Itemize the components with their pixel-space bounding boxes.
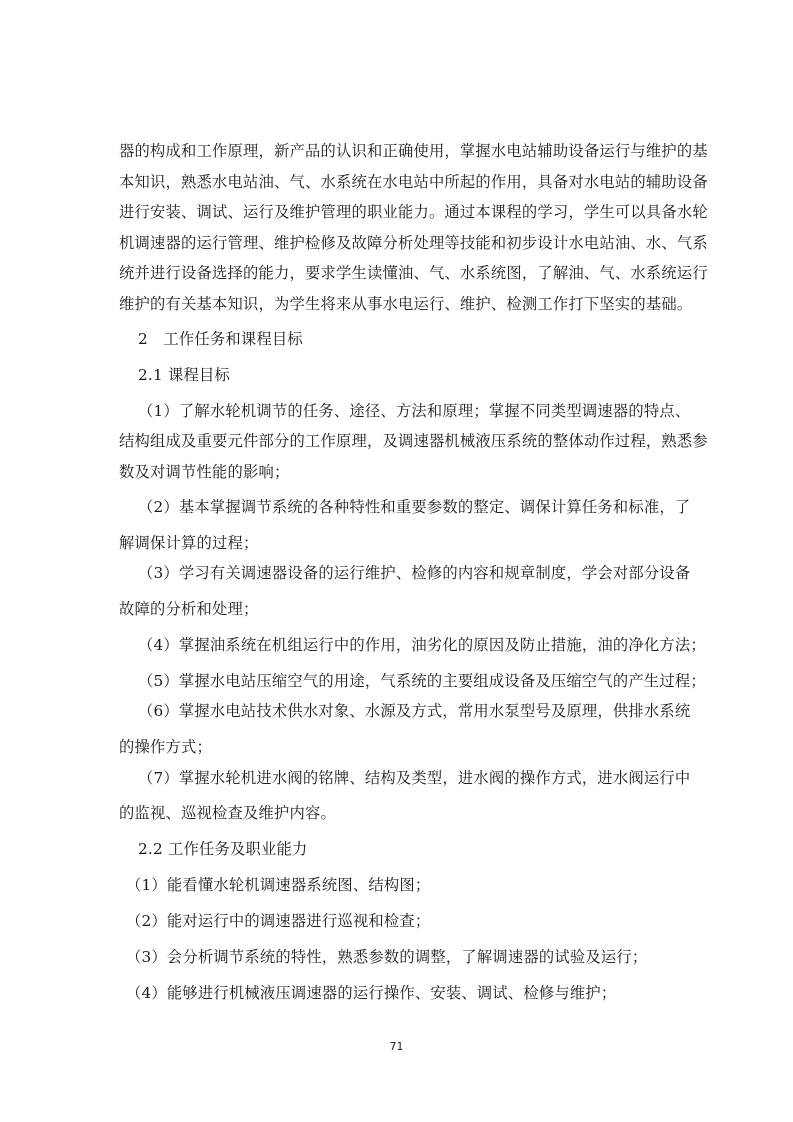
paragraph-line: 本知识，熟悉水电站油、气、水系统在水电站中所起的作用，具备对水电站的辅助设备 <box>119 172 679 192</box>
paragraph-line: 维护的有关基本知识，为学生将来从事水电运行、维护、检测工作打下坚实的基础。 <box>119 294 679 314</box>
ability-item: （1）能看懂水轮机调速器系统图、结构图； <box>126 875 679 895</box>
goal-item-5-line: （5）掌握水电站压缩空气的用途，气系统的主要组成设备及压缩空气的产生过程； <box>138 671 679 691</box>
subsection-heading: 2.1 课程目标 <box>138 365 679 385</box>
ability-item: （4）能够进行机械液压调速器的运行操作、安装、调试、检修与维护； <box>126 983 679 1003</box>
section-heading: 2 工作任务和课程目标 <box>138 329 679 349</box>
goal-item-2-line: （2）基本掌握调节系统的各种特性和重要参数的整定、调保计算任务和标准，了 <box>138 497 679 517</box>
goal-item-4-line: （4）掌握油系统在机组运行中的作用，油劣化的原因及防止措施，油的净化方法； <box>138 635 679 655</box>
goal-item-6-line: 的操作方式； <box>119 737 679 757</box>
page-number: 71 <box>0 1040 793 1053</box>
paragraph-line: 机调速器的运行管理、维护检修及故障分析处理等技能和初步设计水电站油、水、气系 <box>119 233 679 253</box>
paragraph-line: 进行安装、调试、运行及维护管理的职业能力。通过本课程的学习，学生可以具备水轮 <box>119 202 679 222</box>
goal-item-3-line: （3）学习有关调速器设备的运行维护、检修的内容和规章制度，学会对部分设备 <box>138 563 679 583</box>
paragraph-line: 统并进行设备选择的能力，要求学生读懂油、气、水系统图，了解油、气、水系统运行 <box>119 263 679 283</box>
document-page: 器的构成和工作原理，新产品的认识和正确使用，掌握水电站辅助设备运行与维护的基 本… <box>0 0 793 1122</box>
paragraph-line: 器的构成和工作原理，新产品的认识和正确使用，掌握水电站辅助设备运行与维护的基 <box>119 141 679 161</box>
subsection-heading: 2.2 工作任务及职业能力 <box>138 839 679 859</box>
goal-item-3-line: 故障的分析和处理； <box>119 599 679 619</box>
goal-item-1-line: 数及对调节性能的影响； <box>119 462 679 482</box>
ability-item: （2）能对运行中的调速器进行巡视和检查； <box>126 911 679 931</box>
goal-item-7-line: 的监视、巡视检查及维护内容。 <box>119 803 679 823</box>
ability-item: （3）会分析调节系统的特性，熟悉参数的调整，了解调速器的试验及运行； <box>126 947 679 967</box>
goal-item-6-line: （6）掌握水电站技术供水对象、水源及方式，常用水泵型号及原理，供排水系统 <box>138 701 679 721</box>
goal-item-7-line: （7）掌握水轮机进水阀的铭牌、结构及类型，进水阀的操作方式，进水阀运行中 <box>138 768 679 788</box>
goal-item-1-line: 结构组成及重要元件部分的工作原理，及调速器机械液压系统的整体动作过程，熟悉参 <box>119 431 679 451</box>
goal-item-2-line: 解调保计算的过程； <box>119 533 679 553</box>
goal-item-1-line: （1）了解水轮机调节的任务、途径、方法和原理；掌握不同类型调速器的特点、 <box>138 401 679 421</box>
